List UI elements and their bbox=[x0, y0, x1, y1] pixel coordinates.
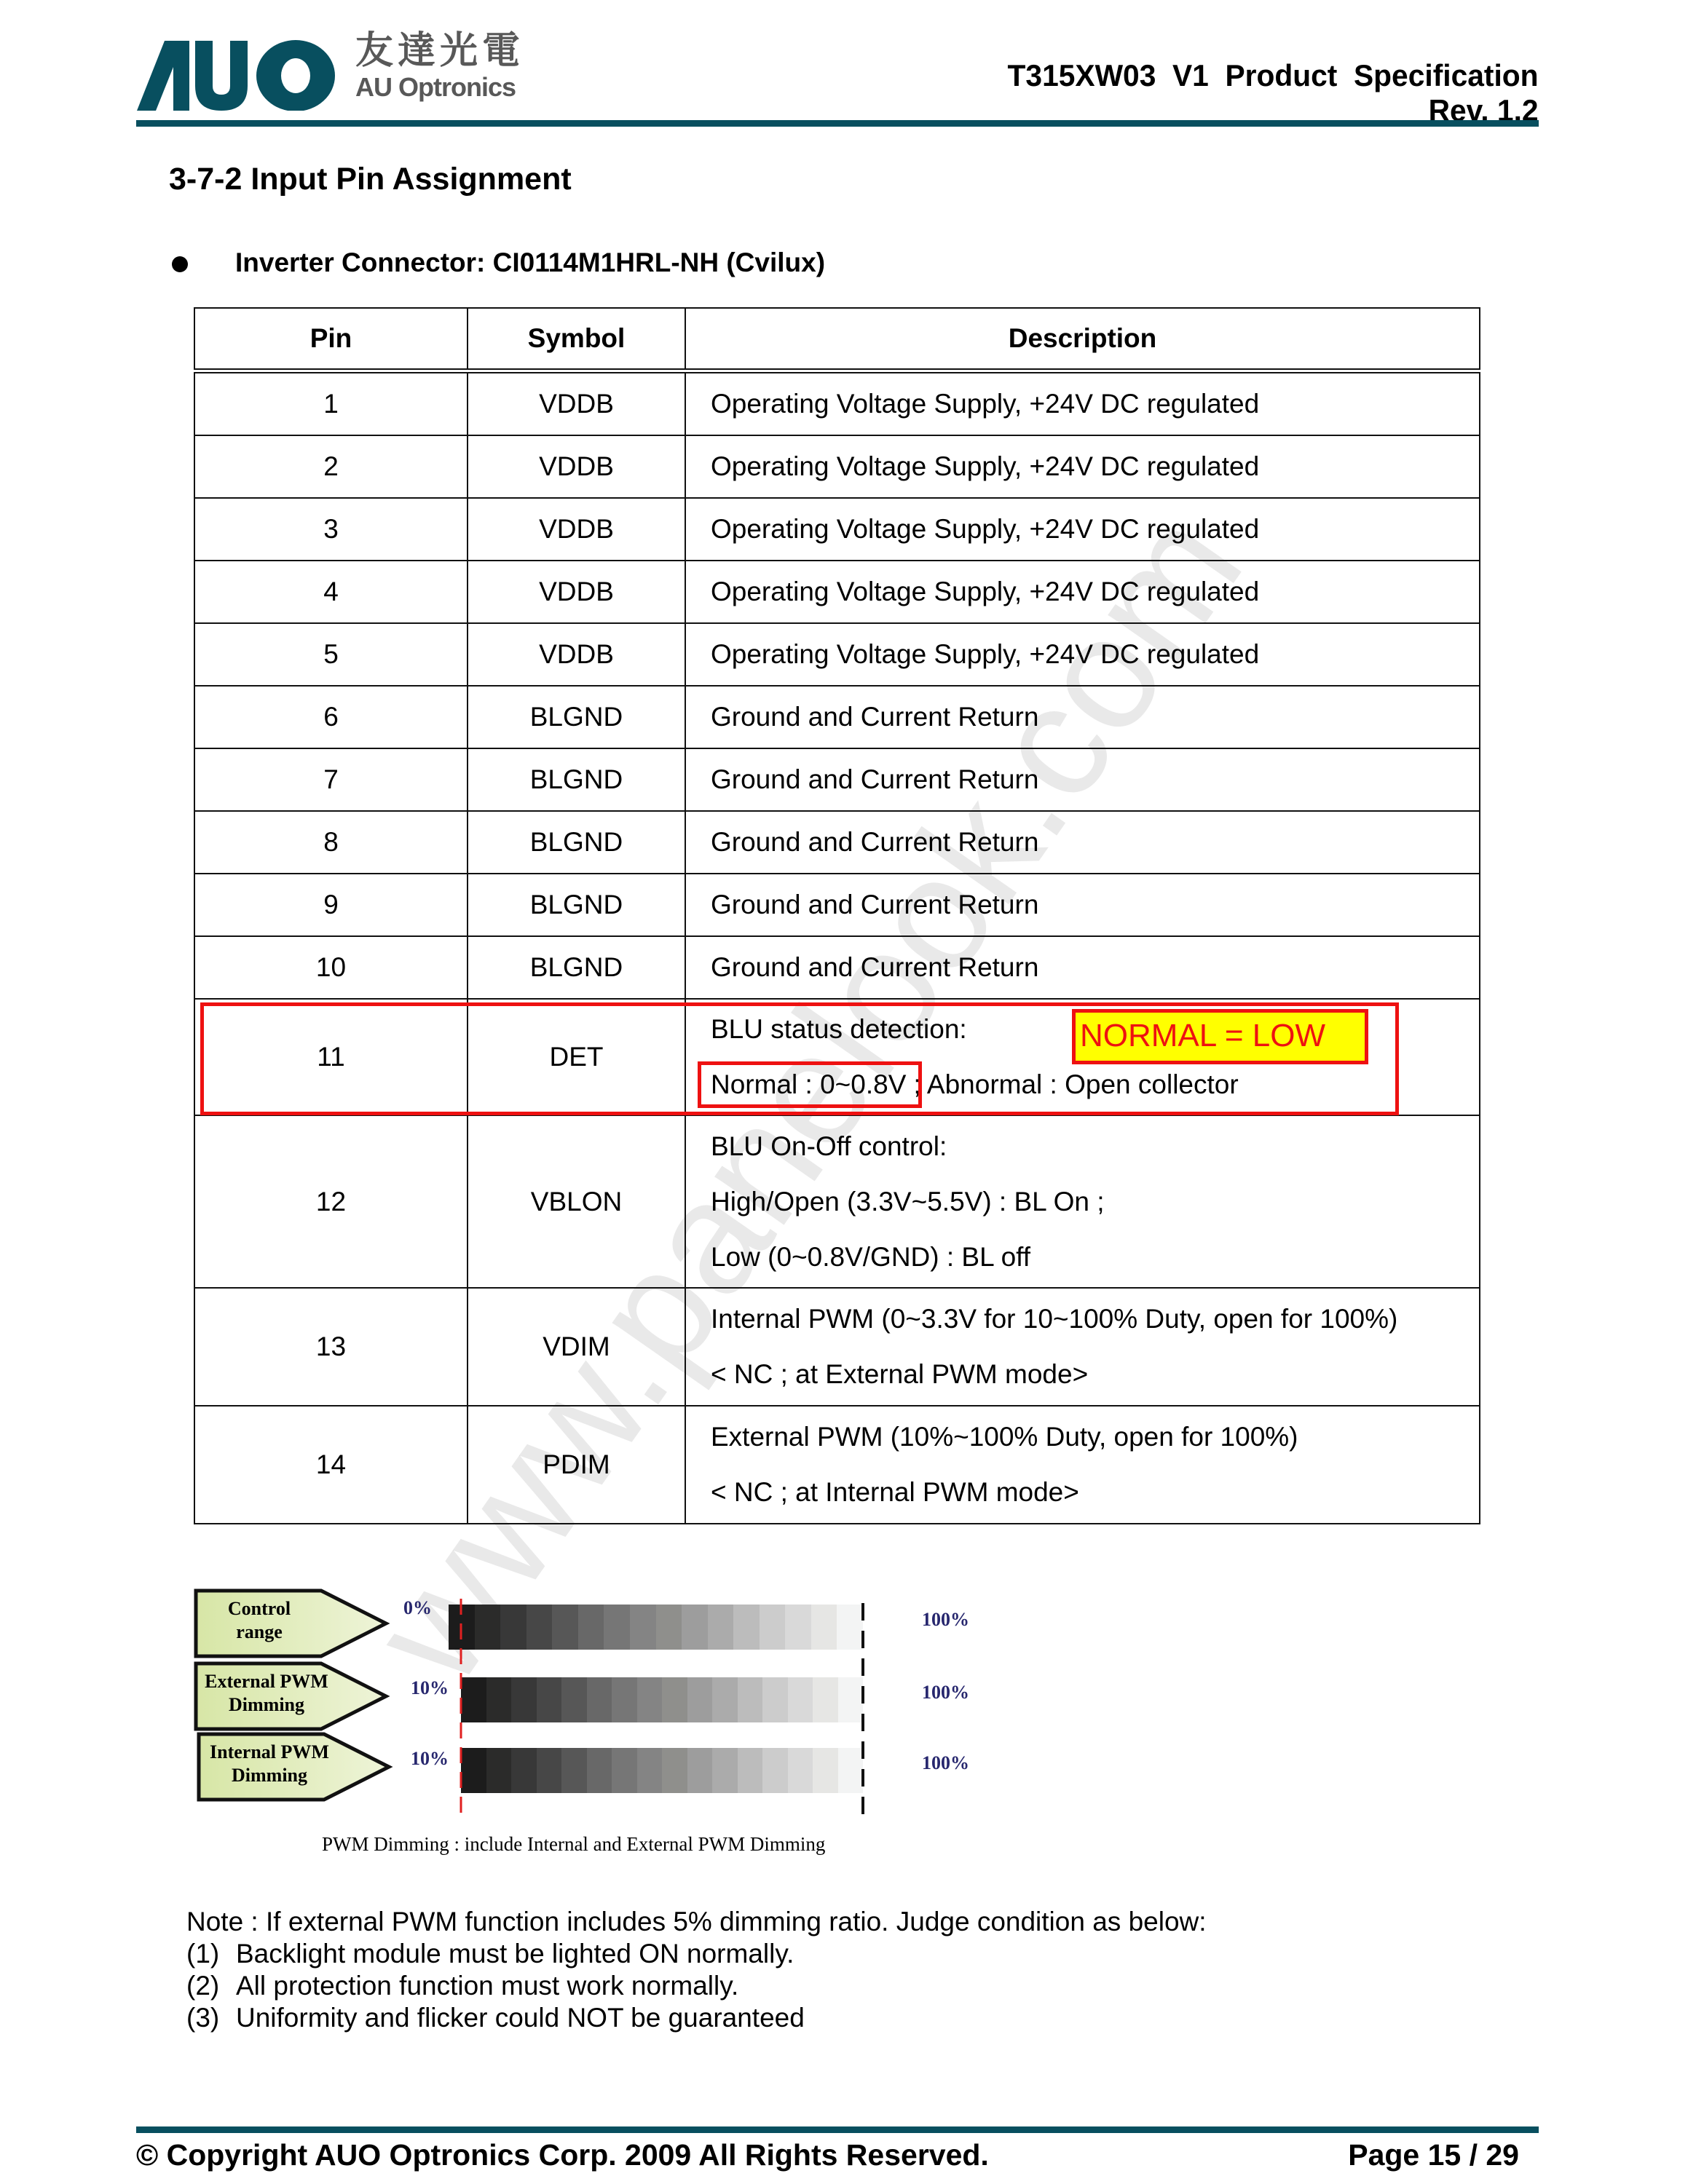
brand-name-chinese: 友達光電 bbox=[355, 32, 524, 70]
description-line: External PWM (10%~100% Duty, open for 10… bbox=[711, 1409, 1479, 1465]
footer-divider bbox=[136, 2126, 1539, 2133]
description-line: < NC ; at Internal PWM mode> bbox=[711, 1465, 1479, 1520]
pin-symbol: BLGND bbox=[468, 686, 685, 748]
pin-description: Ground and Current Return bbox=[685, 874, 1480, 936]
pin-number: 10 bbox=[194, 936, 468, 999]
description-line: Ground and Current Return bbox=[711, 702, 1479, 732]
pin-number: 1 bbox=[194, 371, 468, 436]
pin-symbol: VDIM bbox=[468, 1288, 685, 1406]
pin-description: Ground and Current Return bbox=[685, 811, 1480, 874]
pin-description: External PWM (10%~100% Duty, open for 10… bbox=[685, 1406, 1480, 1524]
description-line: Operating Voltage Supply, +24V DC regula… bbox=[711, 389, 1479, 419]
column-header-description: Description bbox=[685, 308, 1480, 371]
pin-symbol: VDDB bbox=[468, 623, 685, 686]
description-line: Ground and Current Return bbox=[711, 890, 1479, 920]
note-item: (3) Uniformity and flicker could NOT be … bbox=[186, 2002, 1207, 2034]
pin-number: 8 bbox=[194, 811, 468, 874]
pin-assignment-table: Pin Symbol Description 1VDDBOperating Vo… bbox=[194, 307, 1480, 1524]
page-number: Page 15 / 29 bbox=[1348, 2138, 1519, 2172]
pin-description: BLU On-Off control:High/Open (3.3V~5.5V)… bbox=[685, 1115, 1480, 1288]
table-row: 3VDDBOperating Voltage Supply, +24V DC r… bbox=[194, 498, 1480, 561]
pin-symbol: VDDB bbox=[468, 561, 685, 623]
table-header-row: Pin Symbol Description bbox=[194, 308, 1480, 371]
product-spec-title: T315XW03 V1 Product Specification bbox=[1008, 58, 1539, 93]
description-line: < NC ; at External PWM mode> bbox=[711, 1347, 1479, 1402]
pin-symbol: VDDB bbox=[468, 435, 685, 498]
pin-description: Operating Voltage Supply, +24V DC regula… bbox=[685, 371, 1480, 436]
pin-description: Operating Voltage Supply, +24V DC regula… bbox=[685, 498, 1480, 561]
bullet-icon bbox=[172, 256, 188, 272]
note-item-text: Uniformity and flicker could NOT be guar… bbox=[236, 2002, 805, 2034]
pin-number: 13 bbox=[194, 1288, 468, 1406]
pin-description: Ground and Current Return bbox=[685, 686, 1480, 748]
pin-number: 6 bbox=[194, 686, 468, 748]
table-row: 12VBLONBLU On-Off control:High/Open (3.3… bbox=[194, 1115, 1480, 1288]
pin-symbol: PDIM bbox=[468, 1406, 685, 1524]
pin-description: Operating Voltage Supply, +24V DC regula… bbox=[685, 561, 1480, 623]
pwm-dimming-diagram: Controlrange0%100%External PWMDimming10%… bbox=[194, 1587, 995, 1827]
description-line: Ground and Current Return bbox=[711, 827, 1479, 858]
table-row: 4VDDBOperating Voltage Supply, +24V DC r… bbox=[194, 561, 1480, 623]
pin-number: 3 bbox=[194, 498, 468, 561]
copyright-notice: © Copyright AUO Optronics Corp. 2009 All… bbox=[136, 2138, 989, 2172]
table-row: 5VDDBOperating Voltage Supply, +24V DC r… bbox=[194, 623, 1480, 686]
column-header-pin: Pin bbox=[194, 308, 468, 371]
pin-symbol: BLGND bbox=[468, 811, 685, 874]
note-block: Note : If external PWM function includes… bbox=[186, 1906, 1207, 2034]
pin-symbol: BLGND bbox=[468, 936, 685, 999]
description-line: Internal PWM (0~3.3V for 10~100% Duty, o… bbox=[711, 1291, 1479, 1347]
description-line: Operating Voltage Supply, +24V DC regula… bbox=[711, 451, 1479, 482]
diagram-caption: PWM Dimming : include Internal and Exter… bbox=[322, 1833, 825, 1856]
note-item: (1) Backlight module must be lighted ON … bbox=[186, 1938, 1207, 1970]
description-line: Ground and Current Return bbox=[711, 952, 1479, 983]
description-line: BLU On-Off control: bbox=[711, 1119, 1479, 1174]
pin-description: Ground and Current Return bbox=[685, 936, 1480, 999]
pin-description: Internal PWM (0~3.3V for 10~100% Duty, o… bbox=[685, 1288, 1480, 1406]
pin-number: 7 bbox=[194, 748, 468, 811]
section-title: 3-7-2 Input Pin Assignment bbox=[169, 162, 572, 197]
pin-symbol: VDDB bbox=[468, 371, 685, 436]
normal-voltage-highlight-box bbox=[698, 1061, 922, 1108]
pin-description: Operating Voltage Supply, +24V DC regula… bbox=[685, 435, 1480, 498]
auo-logo bbox=[137, 38, 341, 111]
pin-number: 2 bbox=[194, 435, 468, 498]
description-line: Operating Voltage Supply, +24V DC regula… bbox=[711, 577, 1479, 607]
note-intro: Note : If external PWM function includes… bbox=[186, 1906, 1207, 1938]
table-row: 2VDDBOperating Voltage Supply, +24V DC r… bbox=[194, 435, 1480, 498]
range-marker-lines bbox=[194, 1587, 995, 1827]
description-line: Operating Voltage Supply, +24V DC regula… bbox=[711, 639, 1479, 670]
column-header-symbol: Symbol bbox=[468, 308, 685, 371]
note-item-text: All protection function must work normal… bbox=[236, 1970, 738, 2002]
pin-number: 12 bbox=[194, 1115, 468, 1288]
pin-symbol: VDDB bbox=[468, 498, 685, 561]
normal-low-badge: NORMAL = LOW bbox=[1072, 1009, 1368, 1064]
pin-symbol: BLGND bbox=[468, 874, 685, 936]
note-item: (2) All protection function must work no… bbox=[186, 1970, 1207, 2002]
header-divider bbox=[136, 120, 1539, 127]
pin-number: 4 bbox=[194, 561, 468, 623]
note-item-text: Backlight module must be lighted ON norm… bbox=[236, 1938, 794, 1970]
pin-description: Ground and Current Return bbox=[685, 748, 1480, 811]
description-line: High/Open (3.3V~5.5V) : BL On ; bbox=[711, 1174, 1479, 1230]
pin-number: 9 bbox=[194, 874, 468, 936]
connector-label: Inverter Connector: CI0114M1HRL-NH (Cvil… bbox=[235, 248, 825, 278]
description-line: Low (0~0.8V/GND) : BL off bbox=[711, 1230, 1479, 1285]
pin-symbol: VBLON bbox=[468, 1115, 685, 1288]
pin-symbol: BLGND bbox=[468, 748, 685, 811]
description-line: Operating Voltage Supply, +24V DC regula… bbox=[711, 514, 1479, 545]
brand-name-english: AU Optronics bbox=[355, 74, 516, 100]
note-item-number: (2) bbox=[186, 1970, 236, 2002]
table-row: 10BLGNDGround and Current Return bbox=[194, 936, 1480, 999]
note-item-number: (3) bbox=[186, 2002, 236, 2034]
note-item-number: (1) bbox=[186, 1938, 236, 1970]
table-row: 13VDIMInternal PWM (0~3.3V for 10~100% D… bbox=[194, 1288, 1480, 1406]
description-line: Ground and Current Return bbox=[711, 764, 1479, 795]
table-row: 9BLGNDGround and Current Return bbox=[194, 874, 1480, 936]
table-row: 14PDIMExternal PWM (10%~100% Duty, open … bbox=[194, 1406, 1480, 1524]
document-title: T315XW03 V1 Product Specification Rev. 1… bbox=[1008, 58, 1539, 128]
table-row: 7BLGNDGround and Current Return bbox=[194, 748, 1480, 811]
table-row: 8BLGNDGround and Current Return bbox=[194, 811, 1480, 874]
pin-number: 14 bbox=[194, 1406, 468, 1524]
table-row: 1VDDBOperating Voltage Supply, +24V DC r… bbox=[194, 371, 1480, 436]
table-row: 6BLGNDGround and Current Return bbox=[194, 686, 1480, 748]
pin-number: 5 bbox=[194, 623, 468, 686]
pin-description: Operating Voltage Supply, +24V DC regula… bbox=[685, 623, 1480, 686]
